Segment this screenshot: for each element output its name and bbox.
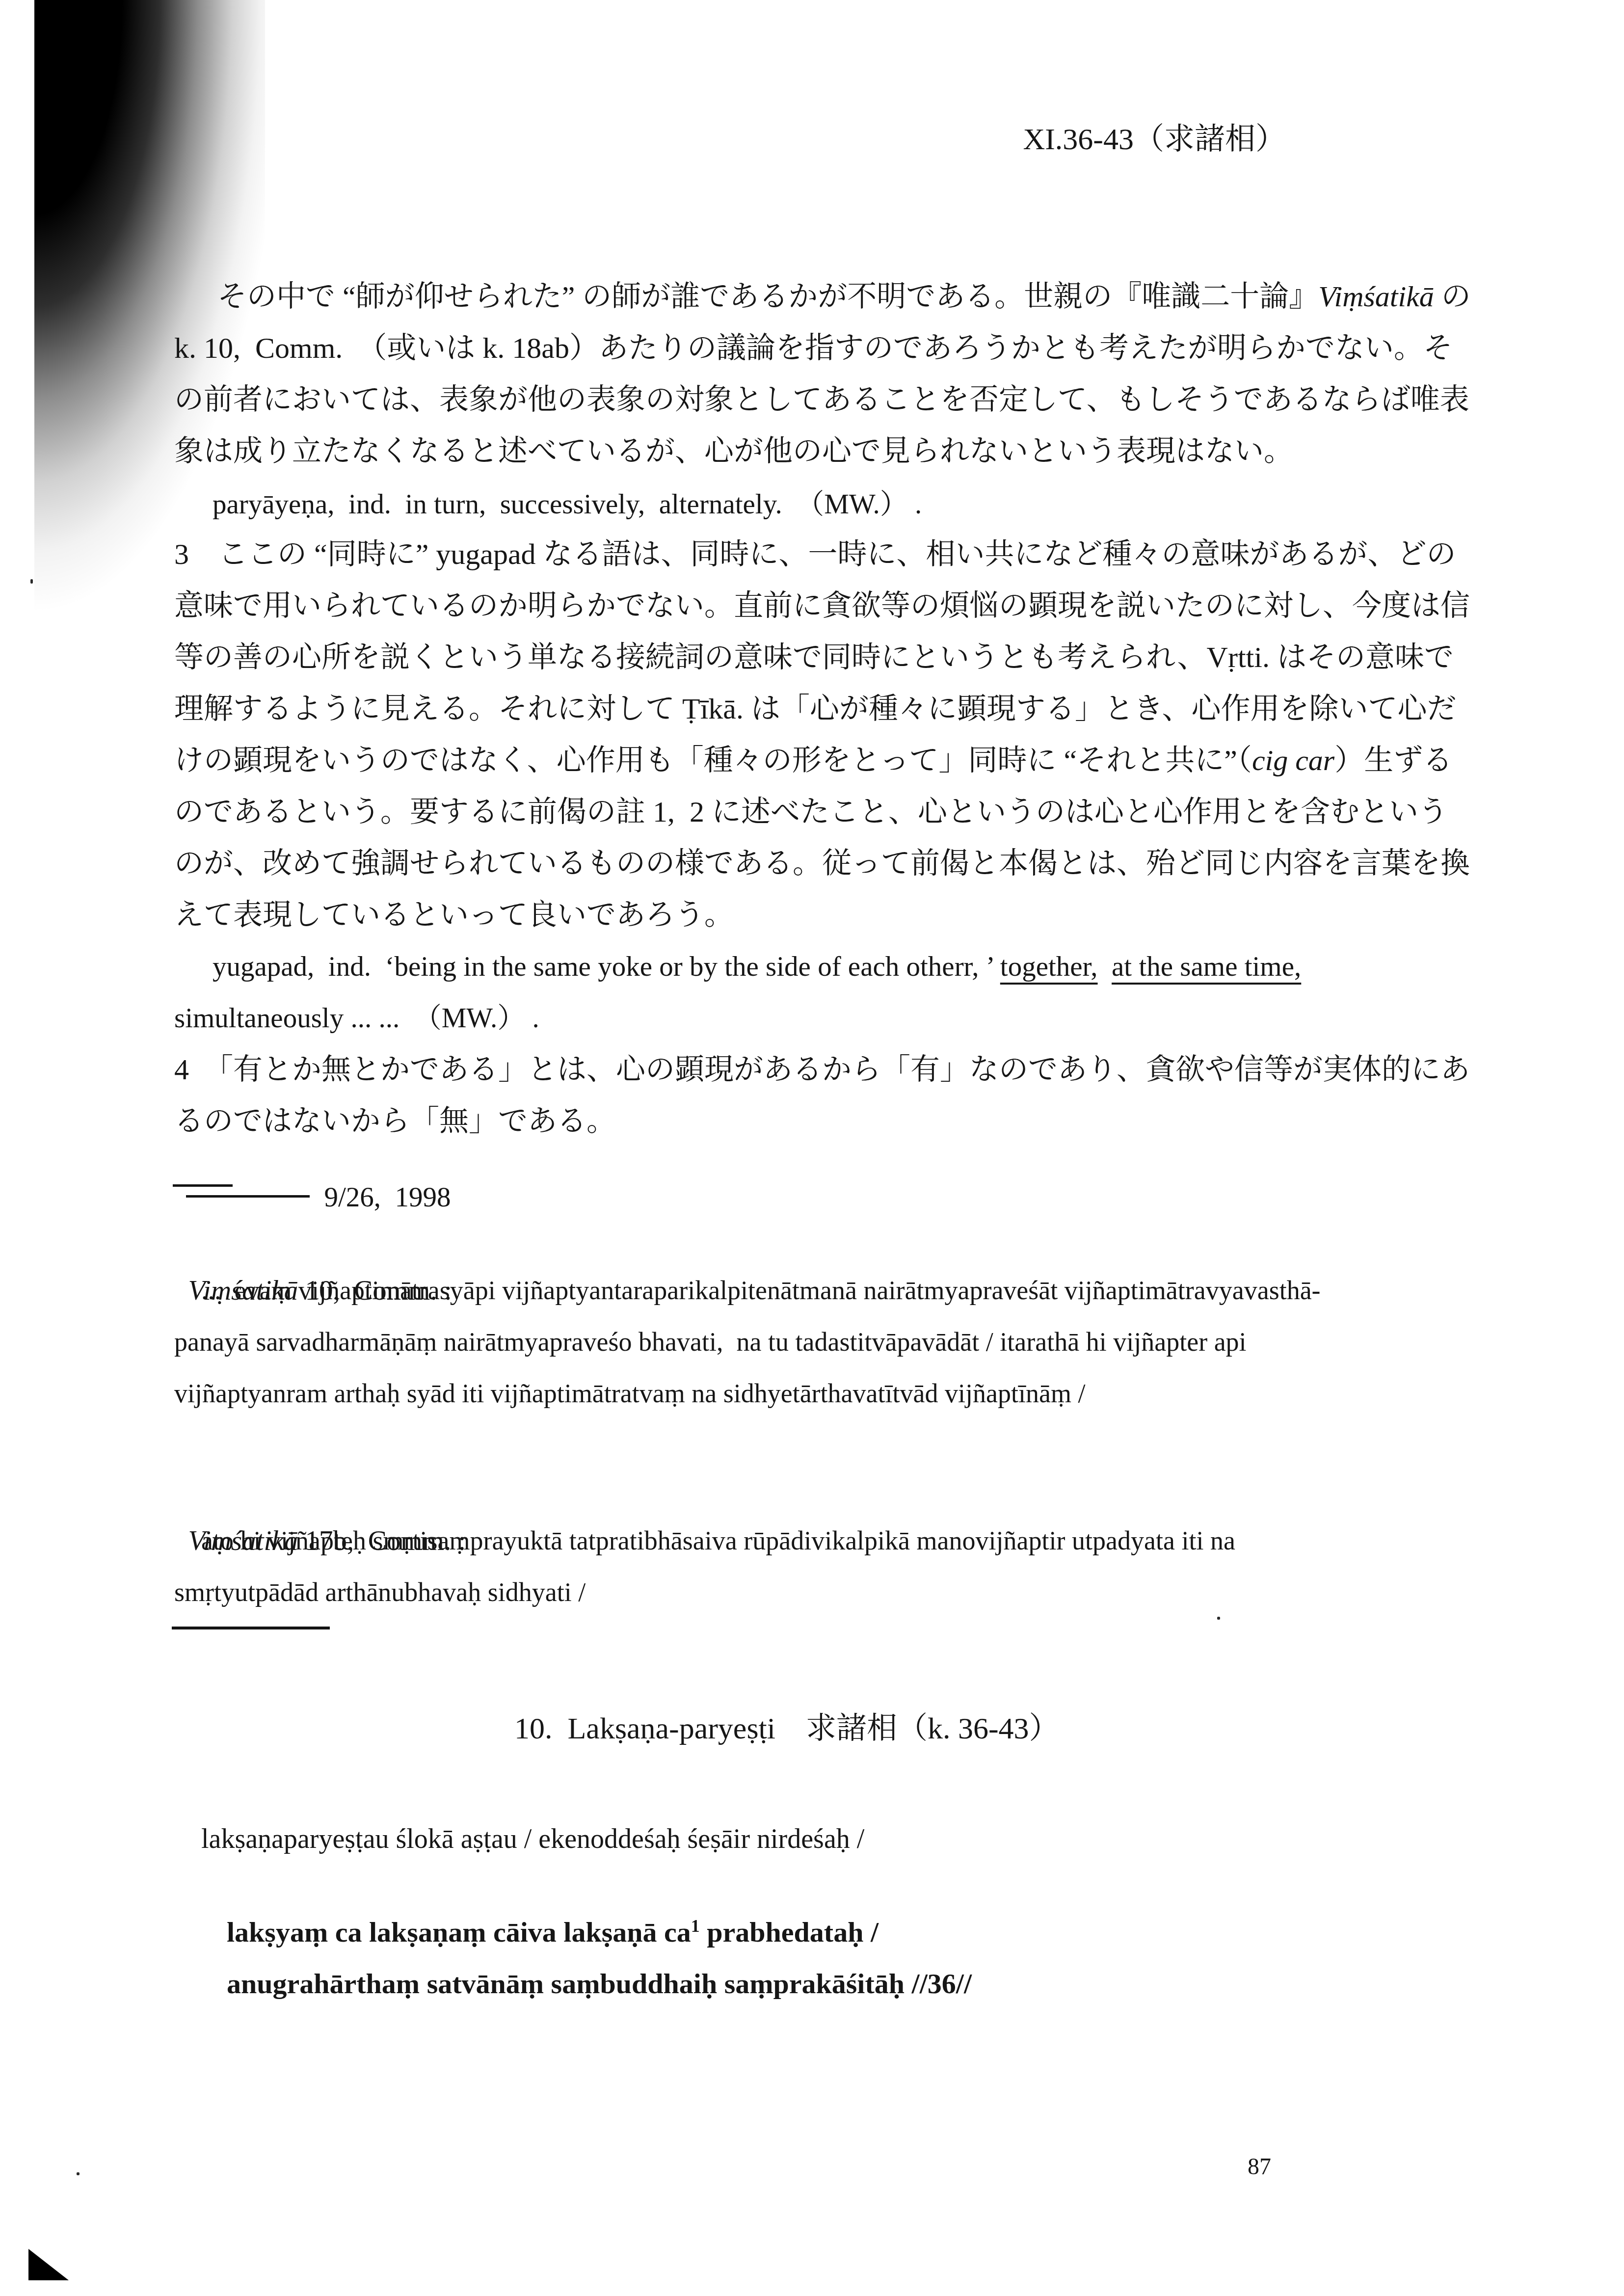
scanned-page: { "colors": {"ink": "#161616", "paper": … <box>0 0 1624 2296</box>
yugapad-line-1: yugapad, ind. ‘being in the same yoke or… <box>174 941 1301 992</box>
note-3-line-2: 意味で用いられているのか明らかでない。直前に貪欲等の煩悩の顕現を説いたのに対し、… <box>174 580 1470 632</box>
note-3: 3 ここの “同時に” yugapad なる語は、同時に、一時に、相い共になど種… <box>174 529 1470 941</box>
note-3-line-5: けの顕現をいうのではなく、心作用も「種々の形をとって」同時に “それと共に”（c… <box>174 735 1470 786</box>
page-number: 87 <box>1248 2141 1271 2192</box>
vimsatika-title-italic: Viṃśatikā <box>1318 280 1434 313</box>
vimsatika-17b-quote-line-2: smṛtyutpādād arthānubhavaḥ sidhyati / <box>174 1567 1235 1618</box>
note-3-line-6: のであるという。要するに前偈の註 1, 2 に述べたこと、心というのは心と心作用… <box>174 786 1470 838</box>
cig-car-italic: cig car <box>1252 744 1334 776</box>
scan-speck <box>30 579 33 584</box>
yugapad-sep <box>1098 951 1112 982</box>
separator-rule-long <box>172 1627 330 1629</box>
note-3-line-4: 理解するように見える。それに対して Ṭīkā. は「心が種々に顕現する」とき、心… <box>174 683 1470 735</box>
date-text: 9/26, 1998 <box>324 1182 451 1213</box>
verse-36-l1-pre: lakṣyaṃ ca lakṣaṇaṃ cāiva lakṣaṇā ca <box>227 1916 691 1948</box>
scan-artifact-bottom-left <box>28 2249 69 2280</box>
paragraph-1-line-1: その中で “師が仰せられた” の師が誰であるかが不明である。世親の『唯識二十論』… <box>174 271 1471 322</box>
yugapad-def-pre: yugapad, ind. ‘being in the same yoke or… <box>213 951 1000 982</box>
sloka-intro-line: lakṣaṇaparyeṣṭau ślokā aṣṭau / ekenoddeś… <box>201 1814 864 1865</box>
paragraph-1: その中で “師が仰せられた” の師が誰であるかが不明である。世親の『唯識二十論』… <box>174 271 1471 477</box>
footnote-marker-1: 1 <box>691 1916 700 1936</box>
date-rule <box>186 1195 310 1198</box>
scan-speck <box>77 2172 80 2175</box>
verse-36-l1-post: prabhedataḥ / <box>700 1916 879 1948</box>
page-header-section-ref: XI.36-43（求諸相） <box>1023 114 1286 165</box>
dictionary-entry-paryayena: paryāyeṇa, ind. in turn, successively, a… <box>174 479 922 530</box>
vimsatika-10-quote: ... evaṃ vijñaptimātrasyāpi vijñaptyanta… <box>174 1265 1321 1419</box>
verse-36-line-2: anugrahārthaṃ satvānāṃ saṃbuddhaiḥ saṃpr… <box>227 1958 972 2009</box>
paragraph-1-line-4: 象は成り立たなくなると述べているが、心が他の心で見られないという表現はない。 <box>174 426 1471 477</box>
verse-36: lakṣyaṃ ca lakṣaṇaṃ cāiva lakṣaṇā ca1 pr… <box>227 1900 972 2009</box>
vimsatika-17b-quote-line-1: ato hi vijñapteḥ smṛtisaṃprayuktā tatpra… <box>174 1515 1235 1567</box>
p1l1-pre: その中で “師が仰せられた” の師が誰であるかが不明である。世親の『唯識二十論』 <box>217 280 1318 313</box>
vimsatika-17b-quote: ato hi vijñapteḥ smṛtisaṃprayuktā tatpra… <box>174 1515 1235 1618</box>
separator-rule-short <box>173 1184 233 1187</box>
section-10-heading: 10. Lakṣaṇa-paryeṣṭi 求諸相（k. 36-43） <box>514 1703 1060 1755</box>
date-line: 9/26, 1998 <box>172 1120 451 1223</box>
vimsatika-10-quote-line-1: ... evaṃ vijñaptimātrasyāpi vijñaptyanta… <box>174 1265 1321 1316</box>
note-3-line-3: 等の善の心所を説くという単なる接続詞の意味で同時にというとも考えられ、Vṛtti… <box>174 632 1470 683</box>
n3l5-post: ）生ずる <box>1334 744 1452 776</box>
paragraph-1-line-3: の前者においては、表象が他の表象の対象としてあることを否定して、もしそうであるな… <box>174 374 1471 426</box>
verse-36-line-1: lakṣyaṃ ca lakṣaṇaṃ cāiva lakṣaṇā ca1 pr… <box>227 1900 972 1958</box>
yugapad-line-2: simultaneously ... ... （MW.） . <box>174 992 1301 1044</box>
p1l1-post: の <box>1434 280 1471 313</box>
vimsatika-10-quote-line-3: vijñaptyanram arthaḥ syād iti vijñaptimā… <box>174 1368 1321 1419</box>
n3l5-pre: けの顕現をいうのではなく、心作用も「種々の形をとって」同時に “それと共に”（ <box>174 744 1252 776</box>
note-3-line-1: 3 ここの “同時に” yugapad なる語は、同時に、一時に、相い共になど種… <box>174 529 1470 580</box>
paragraph-1-line-2: k. 10, Comm. （或いは k. 18ab）あたりの議論を指すのであろう… <box>174 322 1471 374</box>
dictionary-entry-yugapad: yugapad, ind. ‘being in the same yoke or… <box>174 941 1301 1044</box>
scan-speck <box>149 88 151 91</box>
yugapad-together-underlined: together, <box>1000 951 1098 982</box>
note-3-line-7: のが、改めて強調せられているものの様である。従って前偈と本偈とは、殆ど同じ内容を… <box>174 838 1470 889</box>
note-4-line-1: 4 「有とか無とかである」とは、心の顕現があるから「有」なのであり、貪欲や信等が… <box>174 1044 1470 1095</box>
note-3-line-8: えて表現しているといって良いであろう。 <box>174 889 1470 941</box>
vimsatika-10-quote-line-2: panayā sarvadharmāṇāṃ nairātmyapraveśo b… <box>174 1316 1321 1368</box>
yugapad-at-same-time-underlined: at the same time, <box>1112 951 1301 982</box>
